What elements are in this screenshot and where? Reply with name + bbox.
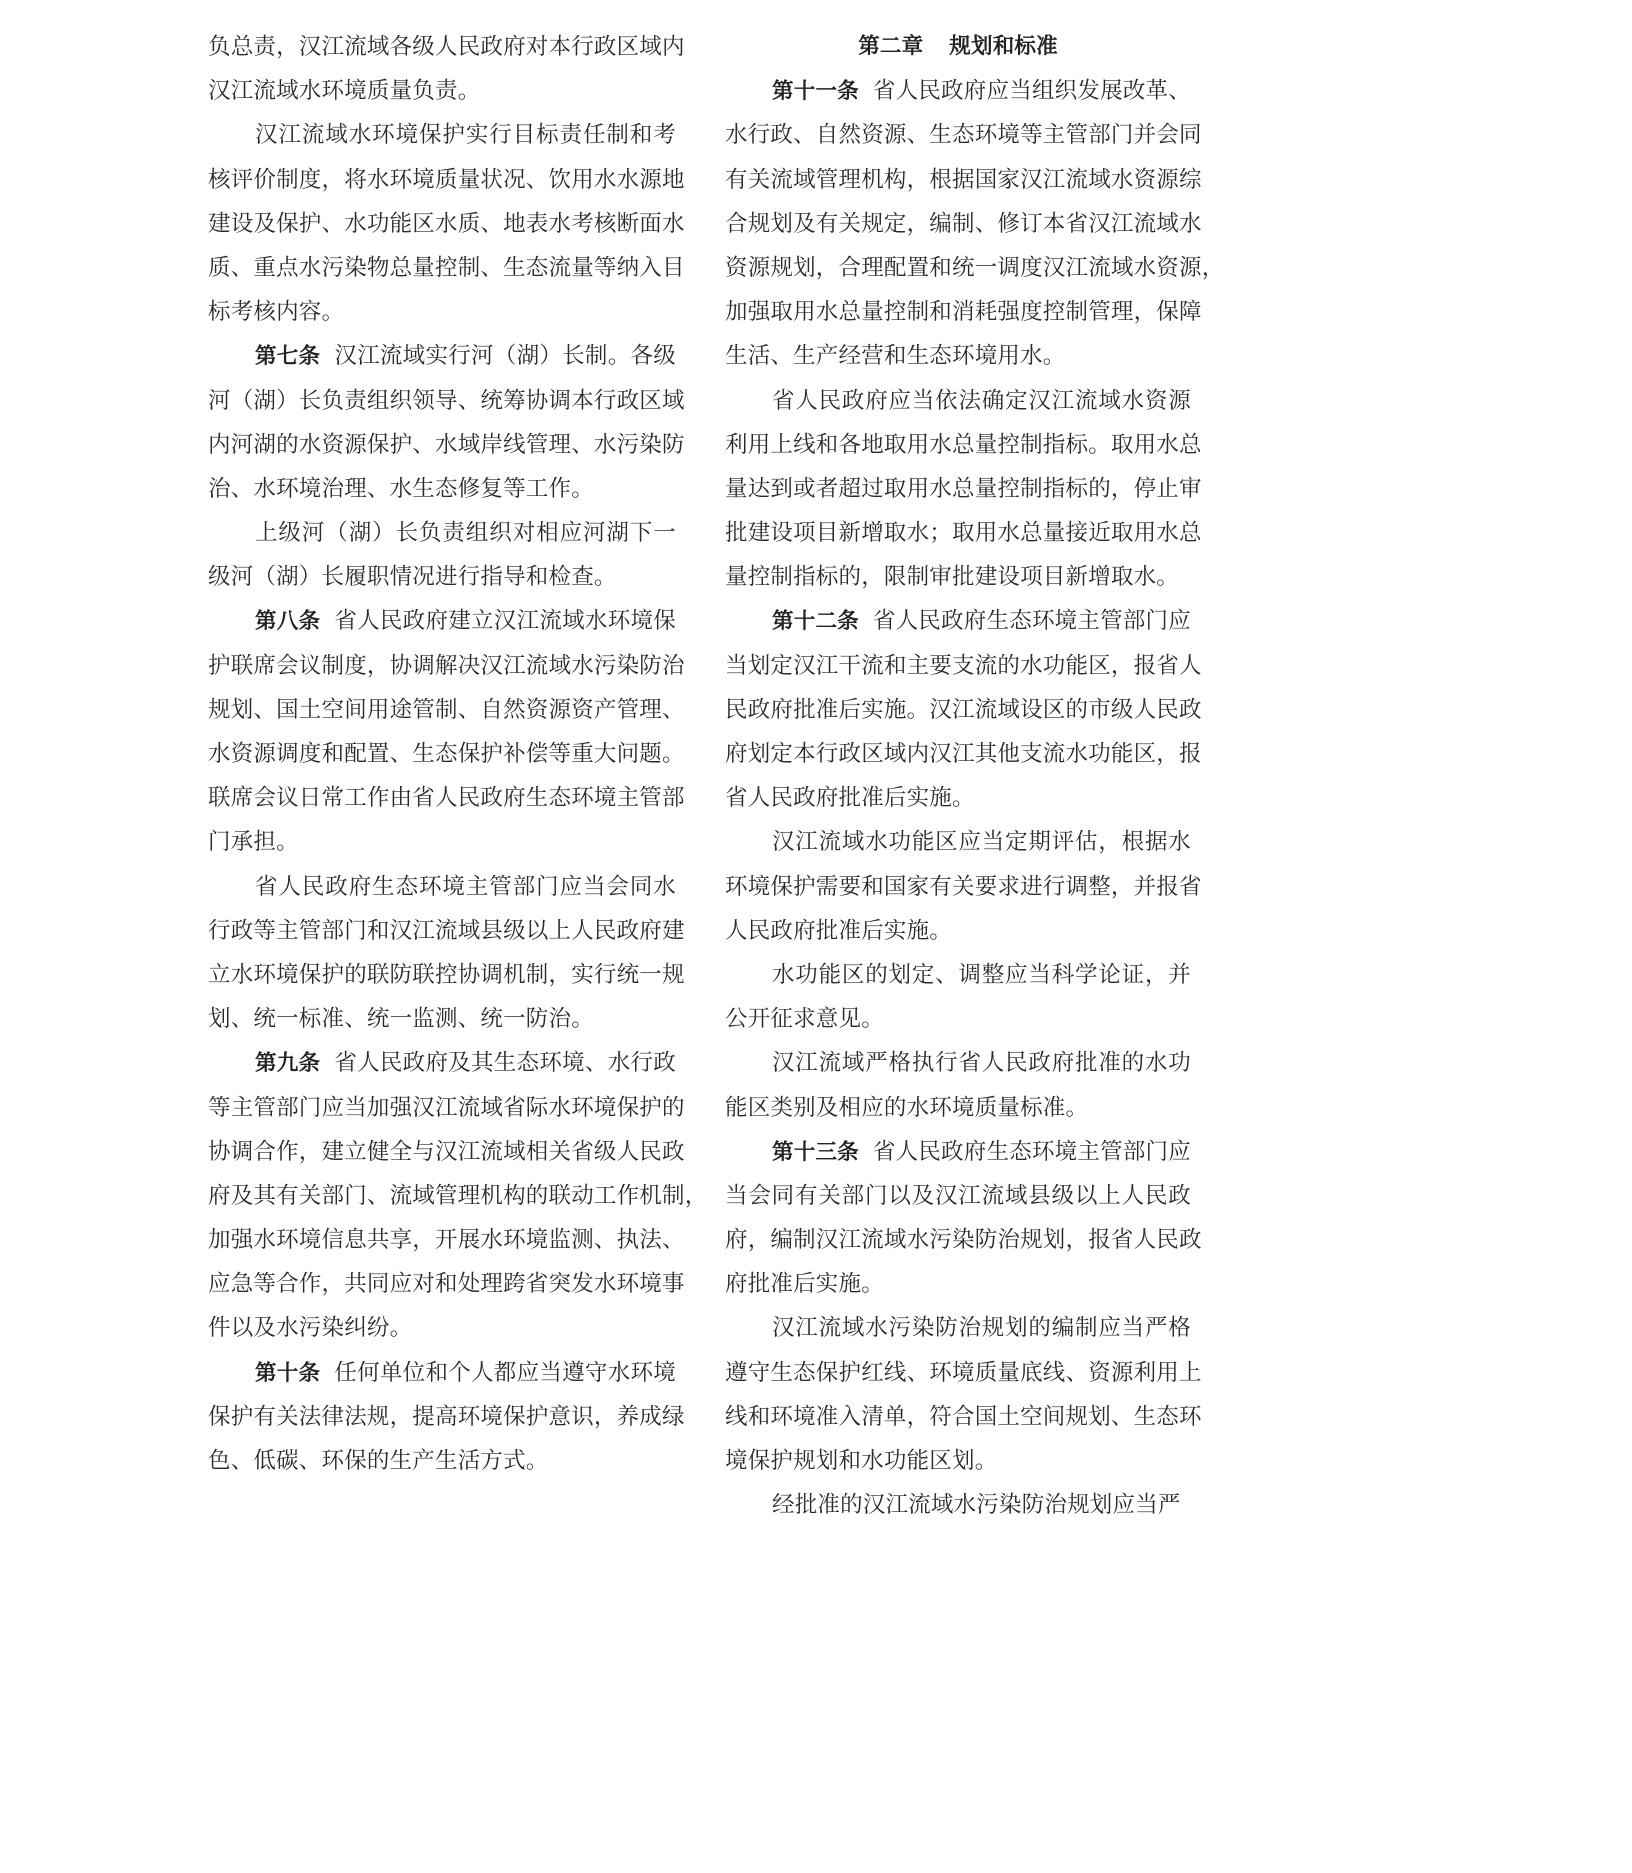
text-line: 加强取用水总量控制和消耗强度控制管理，保障 — [725, 290, 1191, 334]
body-paragraph: 汉江流域严格执行省人民政府批准的水功能区类别及相应的水环境质量标准。 — [725, 1041, 1191, 1129]
line-text: 水行政、自然资源、生态环境等主管部门并会同 — [725, 122, 1202, 148]
text-line: 立水环境保护的联防联控协调机制，实行统一规 — [208, 953, 676, 997]
text-line: 量达到或者超过取用水总量控制指标的，停止审 — [725, 467, 1191, 511]
line-text: 负总责，汉江流域各级人民政府对本行政区域内 — [208, 34, 685, 60]
line-text: 行政等主管部门和汉江流域县级以上人民政府建 — [208, 918, 685, 944]
line-text: 省人民政府批准后实施。 — [725, 785, 975, 811]
body-paragraph: 汉江流域水功能区应当定期评估，根据水环境保护需要和国家有关要求进行调整，并报省人… — [725, 820, 1191, 953]
line-text: 资源规划，合理配置和统一调度汉江流域水资源， — [725, 255, 1224, 281]
text-line: 协调合作，建立健全与汉江流域相关省级人民政 — [208, 1130, 676, 1174]
text-line: 护联席会议制度，协调解决汉江流域水污染防治 — [208, 644, 676, 688]
text-line: 生活、生产经营和生态环境用水。 — [725, 334, 1191, 378]
article-number: 第十条 — [255, 1361, 320, 1386]
article-paragraph: 第十三条省人民政府生态环境主管部门应当会同有关部门以及汉江流域县级以上人民政府，… — [725, 1130, 1191, 1307]
line-text: 件以及水污染纠纷。 — [208, 1315, 412, 1341]
line-text: 标考核内容。 — [208, 299, 344, 325]
line-text: 汉江流域水环境保护实行目标责任制和考 — [255, 122, 676, 148]
line-text: 河（湖）长负责组织领导、统筹协调本行政区域 — [208, 388, 685, 414]
line-text: 批建设项目新增取水；取用水总量接近取用水总 — [725, 520, 1202, 546]
article-paragraph: 第八条省人民政府建立汉江流域水环境保护联席会议制度，协调解决汉江流域水污染防治规… — [208, 599, 676, 864]
text-line: 建设及保护、水功能区水质、地表水考核断面水 — [208, 202, 676, 246]
body-paragraph: 省人民政府应当依法确定汉江流域水资源利用上线和各地取用水总量控制指标。取用水总量… — [725, 379, 1191, 600]
text-line: 汉江流域水功能区应当定期评估，根据水 — [725, 820, 1191, 864]
text-line: 汉江流域水污染防治规划的编制应当严格 — [725, 1306, 1191, 1350]
text-line: 保护有关法律法规，提高环境保护意识，养成绿 — [208, 1395, 676, 1439]
text-line: 府划定本行政区域内汉江其他支流水功能区，报 — [725, 732, 1191, 776]
text-line: 第十三条省人民政府生态环境主管部门应 — [725, 1130, 1191, 1174]
text-line: 能区类别及相应的水环境质量标准。 — [725, 1086, 1191, 1130]
line-text: 省人民政府生态环境主管部门应当会同水 — [255, 874, 676, 900]
text-line: 汉江流域水环境质量负责。 — [208, 69, 676, 113]
line-text: 协调合作，建立健全与汉江流域相关省级人民政 — [208, 1139, 685, 1165]
text-line: 省人民政府批准后实施。 — [725, 776, 1191, 820]
text-line: 省人民政府应当依法确定汉江流域水资源 — [725, 379, 1191, 423]
line-text: 加强水环境信息共享，开展水环境监测、执法、 — [208, 1227, 685, 1253]
left-column: 负总责，汉江流域各级人民政府对本行政区域内汉江流域水环境质量负责。汉江流域水环境… — [208, 25, 676, 1483]
text-line: 内河湖的水资源保护、水域岸线管理、水污染防 — [208, 423, 676, 467]
text-line: 第十一条省人民政府应当组织发展改革、 — [725, 69, 1191, 113]
line-text: 量达到或者超过取用水总量控制指标的，停止审 — [725, 476, 1202, 502]
line-text: 省人民政府生态环境主管部门应 — [873, 608, 1191, 634]
line-text: 当会同有关部门以及汉江流域县级以上人民政 — [725, 1183, 1191, 1209]
chapter-heading: 第二章规划和标准 — [725, 25, 1191, 69]
body-paragraph: 汉江流域水环境保护实行目标责任制和考核评价制度，将水环境质量状况、饮用水水源地建… — [208, 113, 676, 334]
line-text: 汉江流域水功能区应当定期评估，根据水 — [772, 829, 1191, 855]
line-text: 生活、生产经营和生态环境用水。 — [725, 343, 1066, 369]
body-paragraph: 经批准的汉江流域水污染防治规划应当严 — [725, 1483, 1191, 1527]
text-line: 遵守生态保护红线、环境质量底线、资源利用上 — [725, 1351, 1191, 1395]
line-text: 核评价制度，将水环境质量状况、饮用水水源地 — [208, 167, 685, 193]
text-line: 当会同有关部门以及汉江流域县级以上人民政 — [725, 1174, 1191, 1218]
text-line: 等主管部门应当加强汉江流域省际水环境保护的 — [208, 1086, 676, 1130]
text-line: 汉江流域水环境保护实行目标责任制和考 — [208, 113, 676, 157]
text-line: 量控制指标的，限制审批建设项目新增取水。 — [725, 555, 1191, 599]
line-text: 利用上线和各地取用水总量控制指标。取用水总 — [725, 432, 1202, 458]
article-number: 第九条 — [255, 1051, 320, 1076]
line-text: 民政府批准后实施。汉江流域设区的市级人民政 — [725, 697, 1202, 723]
text-line: 民政府批准后实施。汉江流域设区的市级人民政 — [725, 688, 1191, 732]
line-text: 经批准的汉江流域水污染防治规划应当严 — [772, 1492, 1181, 1518]
line-text: 公开征求意见。 — [725, 1006, 884, 1032]
text-line: 水功能区的划定、调整应当科学论证，并 — [725, 953, 1191, 997]
text-line: 经批准的汉江流域水污染防治规划应当严 — [725, 1483, 1191, 1527]
line-text: 遵守生态保护红线、环境质量底线、资源利用上 — [725, 1360, 1202, 1386]
line-text: 省人民政府及其生态环境、水行政 — [334, 1050, 676, 1076]
text-line: 门承担。 — [208, 820, 676, 864]
text-line: 质、重点水污染物总量控制、生态流量等纳入目 — [208, 246, 676, 290]
text-line: 汉江流域严格执行省人民政府批准的水功 — [725, 1041, 1191, 1085]
text-line: 第七条汉江流域实行河（湖）长制。各级 — [208, 334, 676, 378]
body-paragraph: 汉江流域水污染防治规划的编制应当严格遵守生态保护红线、环境质量底线、资源利用上线… — [725, 1306, 1191, 1483]
chapter-title: 规划和标准 — [949, 34, 1058, 59]
line-text: 加强取用水总量控制和消耗强度控制管理，保障 — [725, 299, 1202, 325]
line-text: 联席会议日常工作由省人民政府生态环境主管部 — [208, 785, 685, 811]
line-text: 水资源调度和配置、生态保护补偿等重大问题。 — [208, 741, 685, 767]
text-line: 河（湖）长负责组织领导、统筹协调本行政区域 — [208, 379, 676, 423]
text-line: 标考核内容。 — [208, 290, 676, 334]
line-text: 级河（湖）长履职情况进行指导和检查。 — [208, 564, 617, 590]
line-text: 省人民政府生态环境主管部门应 — [873, 1139, 1191, 1165]
text-line: 府，编制汉江流域水污染防治规划，报省人民政 — [725, 1218, 1191, 1262]
line-text: 护联席会议制度，协调解决汉江流域水污染防治 — [208, 653, 685, 679]
text-line: 省人民政府生态环境主管部门应当会同水 — [208, 865, 676, 909]
article-paragraph: 第十二条省人民政府生态环境主管部门应当划定汉江干流和主要支流的水功能区，报省人民… — [725, 599, 1191, 820]
text-line: 第十二条省人民政府生态环境主管部门应 — [725, 599, 1191, 643]
article-paragraph: 第九条省人民政府及其生态环境、水行政等主管部门应当加强汉江流域省际水环境保护的协… — [208, 1041, 676, 1350]
article-paragraph: 第十条任何单位和个人都应当遵守水环境保护有关法律法规，提高环境保护意识，养成绿色… — [208, 1351, 676, 1484]
text-line: 水资源调度和配置、生态保护补偿等重大问题。 — [208, 732, 676, 776]
line-text: 人民政府批准后实施。 — [725, 918, 952, 944]
line-text: 门承担。 — [208, 829, 299, 855]
text-line: 合规划及有关规定，编制、修订本省汉江流域水 — [725, 202, 1191, 246]
right-column: 第二章规划和标准 第十一条省人民政府应当组织发展改革、水行政、自然资源、生态环境… — [725, 25, 1191, 1527]
line-text: 汉江流域水环境质量负责。 — [208, 78, 480, 104]
text-line: 加强水环境信息共享，开展水环境监测、执法、 — [208, 1218, 676, 1262]
article-number: 第十一条 — [772, 79, 859, 104]
line-text: 质、重点水污染物总量控制、生态流量等纳入目 — [208, 255, 685, 281]
chapter-number: 第二章 — [858, 34, 923, 59]
text-line: 资源规划，合理配置和统一调度汉江流域水资源， — [725, 246, 1191, 290]
line-text: 内河湖的水资源保护、水域岸线管理、水污染防 — [208, 432, 685, 458]
body-paragraph: 省人民政府生态环境主管部门应当会同水行政等主管部门和汉江流域县级以上人民政府建立… — [208, 865, 676, 1042]
line-text: 上级河（湖）长负责组织对相应河湖下一 — [255, 520, 676, 546]
text-line: 第八条省人民政府建立汉江流域水环境保 — [208, 599, 676, 643]
line-text: 等主管部门应当加强汉江流域省际水环境保护的 — [208, 1095, 685, 1121]
article-paragraph: 第七条汉江流域实行河（湖）长制。各级河（湖）长负责组织领导、统筹协调本行政区域内… — [208, 334, 676, 511]
text-line: 府批准后实施。 — [725, 1262, 1191, 1306]
line-text: 当划定汉江干流和主要支流的水功能区，报省人 — [725, 653, 1202, 679]
text-line: 第九条省人民政府及其生态环境、水行政 — [208, 1041, 676, 1085]
line-text: 汉江流域水污染防治规划的编制应当严格 — [772, 1315, 1191, 1341]
text-line: 人民政府批准后实施。 — [725, 909, 1191, 953]
article-number: 第八条 — [255, 609, 320, 634]
line-text: 色、低碳、环保的生产生活方式。 — [208, 1448, 549, 1474]
line-text: 量控制指标的，限制审批建设项目新增取水。 — [725, 564, 1179, 590]
document-page: 负总责，汉江流域各级人民政府对本行政区域内汉江流域水环境质量负责。汉江流域水环境… — [0, 0, 1632, 1873]
text-line: 环境保护需要和国家有关要求进行调整，并报省 — [725, 865, 1191, 909]
text-line: 色、低碳、环保的生产生活方式。 — [208, 1439, 676, 1483]
line-text: 汉江流域实行河（湖）长制。各级 — [334, 343, 676, 369]
line-text: 汉江流域严格执行省人民政府批准的水功 — [772, 1050, 1191, 1076]
line-text: 府，编制汉江流域水污染防治规划，报省人民政 — [725, 1227, 1202, 1253]
text-line: 件以及水污染纠纷。 — [208, 1306, 676, 1350]
article-number: 第十三条 — [772, 1140, 859, 1165]
text-line: 批建设项目新增取水；取用水总量接近取用水总 — [725, 511, 1191, 555]
text-line: 负总责，汉江流域各级人民政府对本行政区域内 — [208, 25, 676, 69]
line-text: 建设及保护、水功能区水质、地表水考核断面水 — [208, 211, 685, 237]
text-line: 府及其有关部门、流域管理机构的联动工作机制， — [208, 1174, 676, 1218]
line-text: 境保护规划和水功能区划。 — [725, 1448, 997, 1474]
line-text: 应急等合作，共同应对和处理跨省突发水环境事 — [208, 1271, 685, 1297]
article-paragraph: 第十一条省人民政府应当组织发展改革、水行政、自然资源、生态环境等主管部门并会同有… — [725, 69, 1191, 378]
line-text: 线和环境准入清单，符合国土空间规划、生态环 — [725, 1404, 1202, 1430]
line-text: 保护有关法律法规，提高环境保护意识，养成绿 — [208, 1404, 685, 1430]
line-text: 省人民政府应当组织发展改革、 — [873, 78, 1191, 104]
text-line: 水行政、自然资源、生态环境等主管部门并会同 — [725, 113, 1191, 157]
line-text: 府划定本行政区域内汉江其他支流水功能区，报 — [725, 741, 1202, 767]
line-text: 省人民政府应当依法确定汉江流域水资源 — [772, 388, 1191, 414]
line-text: 能区类别及相应的水环境质量标准。 — [725, 1095, 1088, 1121]
text-line: 行政等主管部门和汉江流域县级以上人民政府建 — [208, 909, 676, 953]
text-line: 核评价制度，将水环境质量状况、饮用水水源地 — [208, 158, 676, 202]
body-paragraph: 负总责，汉江流域各级人民政府对本行政区域内汉江流域水环境质量负责。 — [208, 25, 676, 113]
line-text: 省人民政府建立汉江流域水环境保 — [334, 608, 676, 634]
article-number: 第七条 — [255, 344, 320, 369]
line-text: 府批准后实施。 — [725, 1271, 884, 1297]
text-line: 利用上线和各地取用水总量控制指标。取用水总 — [725, 423, 1191, 467]
line-text: 任何单位和个人都应当遵守水环境 — [334, 1360, 676, 1386]
line-text: 有关流域管理机构，根据国家汉江流域水资源综 — [725, 167, 1202, 193]
text-line: 应急等合作，共同应对和处理跨省突发水环境事 — [208, 1262, 676, 1306]
text-line: 有关流域管理机构，根据国家汉江流域水资源综 — [725, 158, 1191, 202]
line-text: 府及其有关部门、流域管理机构的联动工作机制， — [208, 1183, 707, 1209]
text-line: 上级河（湖）长负责组织对相应河湖下一 — [208, 511, 676, 555]
body-paragraph: 上级河（湖）长负责组织对相应河湖下一级河（湖）长履职情况进行指导和检查。 — [208, 511, 676, 599]
line-text: 划、统一标准、统一监测、统一防治。 — [208, 1006, 594, 1032]
line-text: 合规划及有关规定，编制、修订本省汉江流域水 — [725, 211, 1202, 237]
text-line: 线和环境准入清单，符合国土空间规划、生态环 — [725, 1395, 1191, 1439]
text-line: 当划定汉江干流和主要支流的水功能区，报省人 — [725, 644, 1191, 688]
text-line: 境保护规划和水功能区划。 — [725, 1439, 1191, 1483]
article-number: 第十二条 — [772, 609, 859, 634]
text-line: 治、水环境治理、水生态修复等工作。 — [208, 467, 676, 511]
text-line: 级河（湖）长履职情况进行指导和检查。 — [208, 555, 676, 599]
text-line: 联席会议日常工作由省人民政府生态环境主管部 — [208, 776, 676, 820]
line-text: 治、水环境治理、水生态修复等工作。 — [208, 476, 594, 502]
text-line: 第十条任何单位和个人都应当遵守水环境 — [208, 1351, 676, 1395]
line-text: 立水环境保护的联防联控协调机制，实行统一规 — [208, 962, 685, 988]
line-text: 环境保护需要和国家有关要求进行调整，并报省 — [725, 874, 1202, 900]
line-text: 水功能区的划定、调整应当科学论证，并 — [772, 962, 1191, 988]
text-line: 划、统一标准、统一监测、统一防治。 — [208, 997, 676, 1041]
text-line: 公开征求意见。 — [725, 997, 1191, 1041]
line-text: 规划、国土空间用途管制、自然资源资产管理、 — [208, 697, 685, 723]
body-paragraph: 水功能区的划定、调整应当科学论证，并公开征求意见。 — [725, 953, 1191, 1041]
text-line: 规划、国土空间用途管制、自然资源资产管理、 — [208, 688, 676, 732]
